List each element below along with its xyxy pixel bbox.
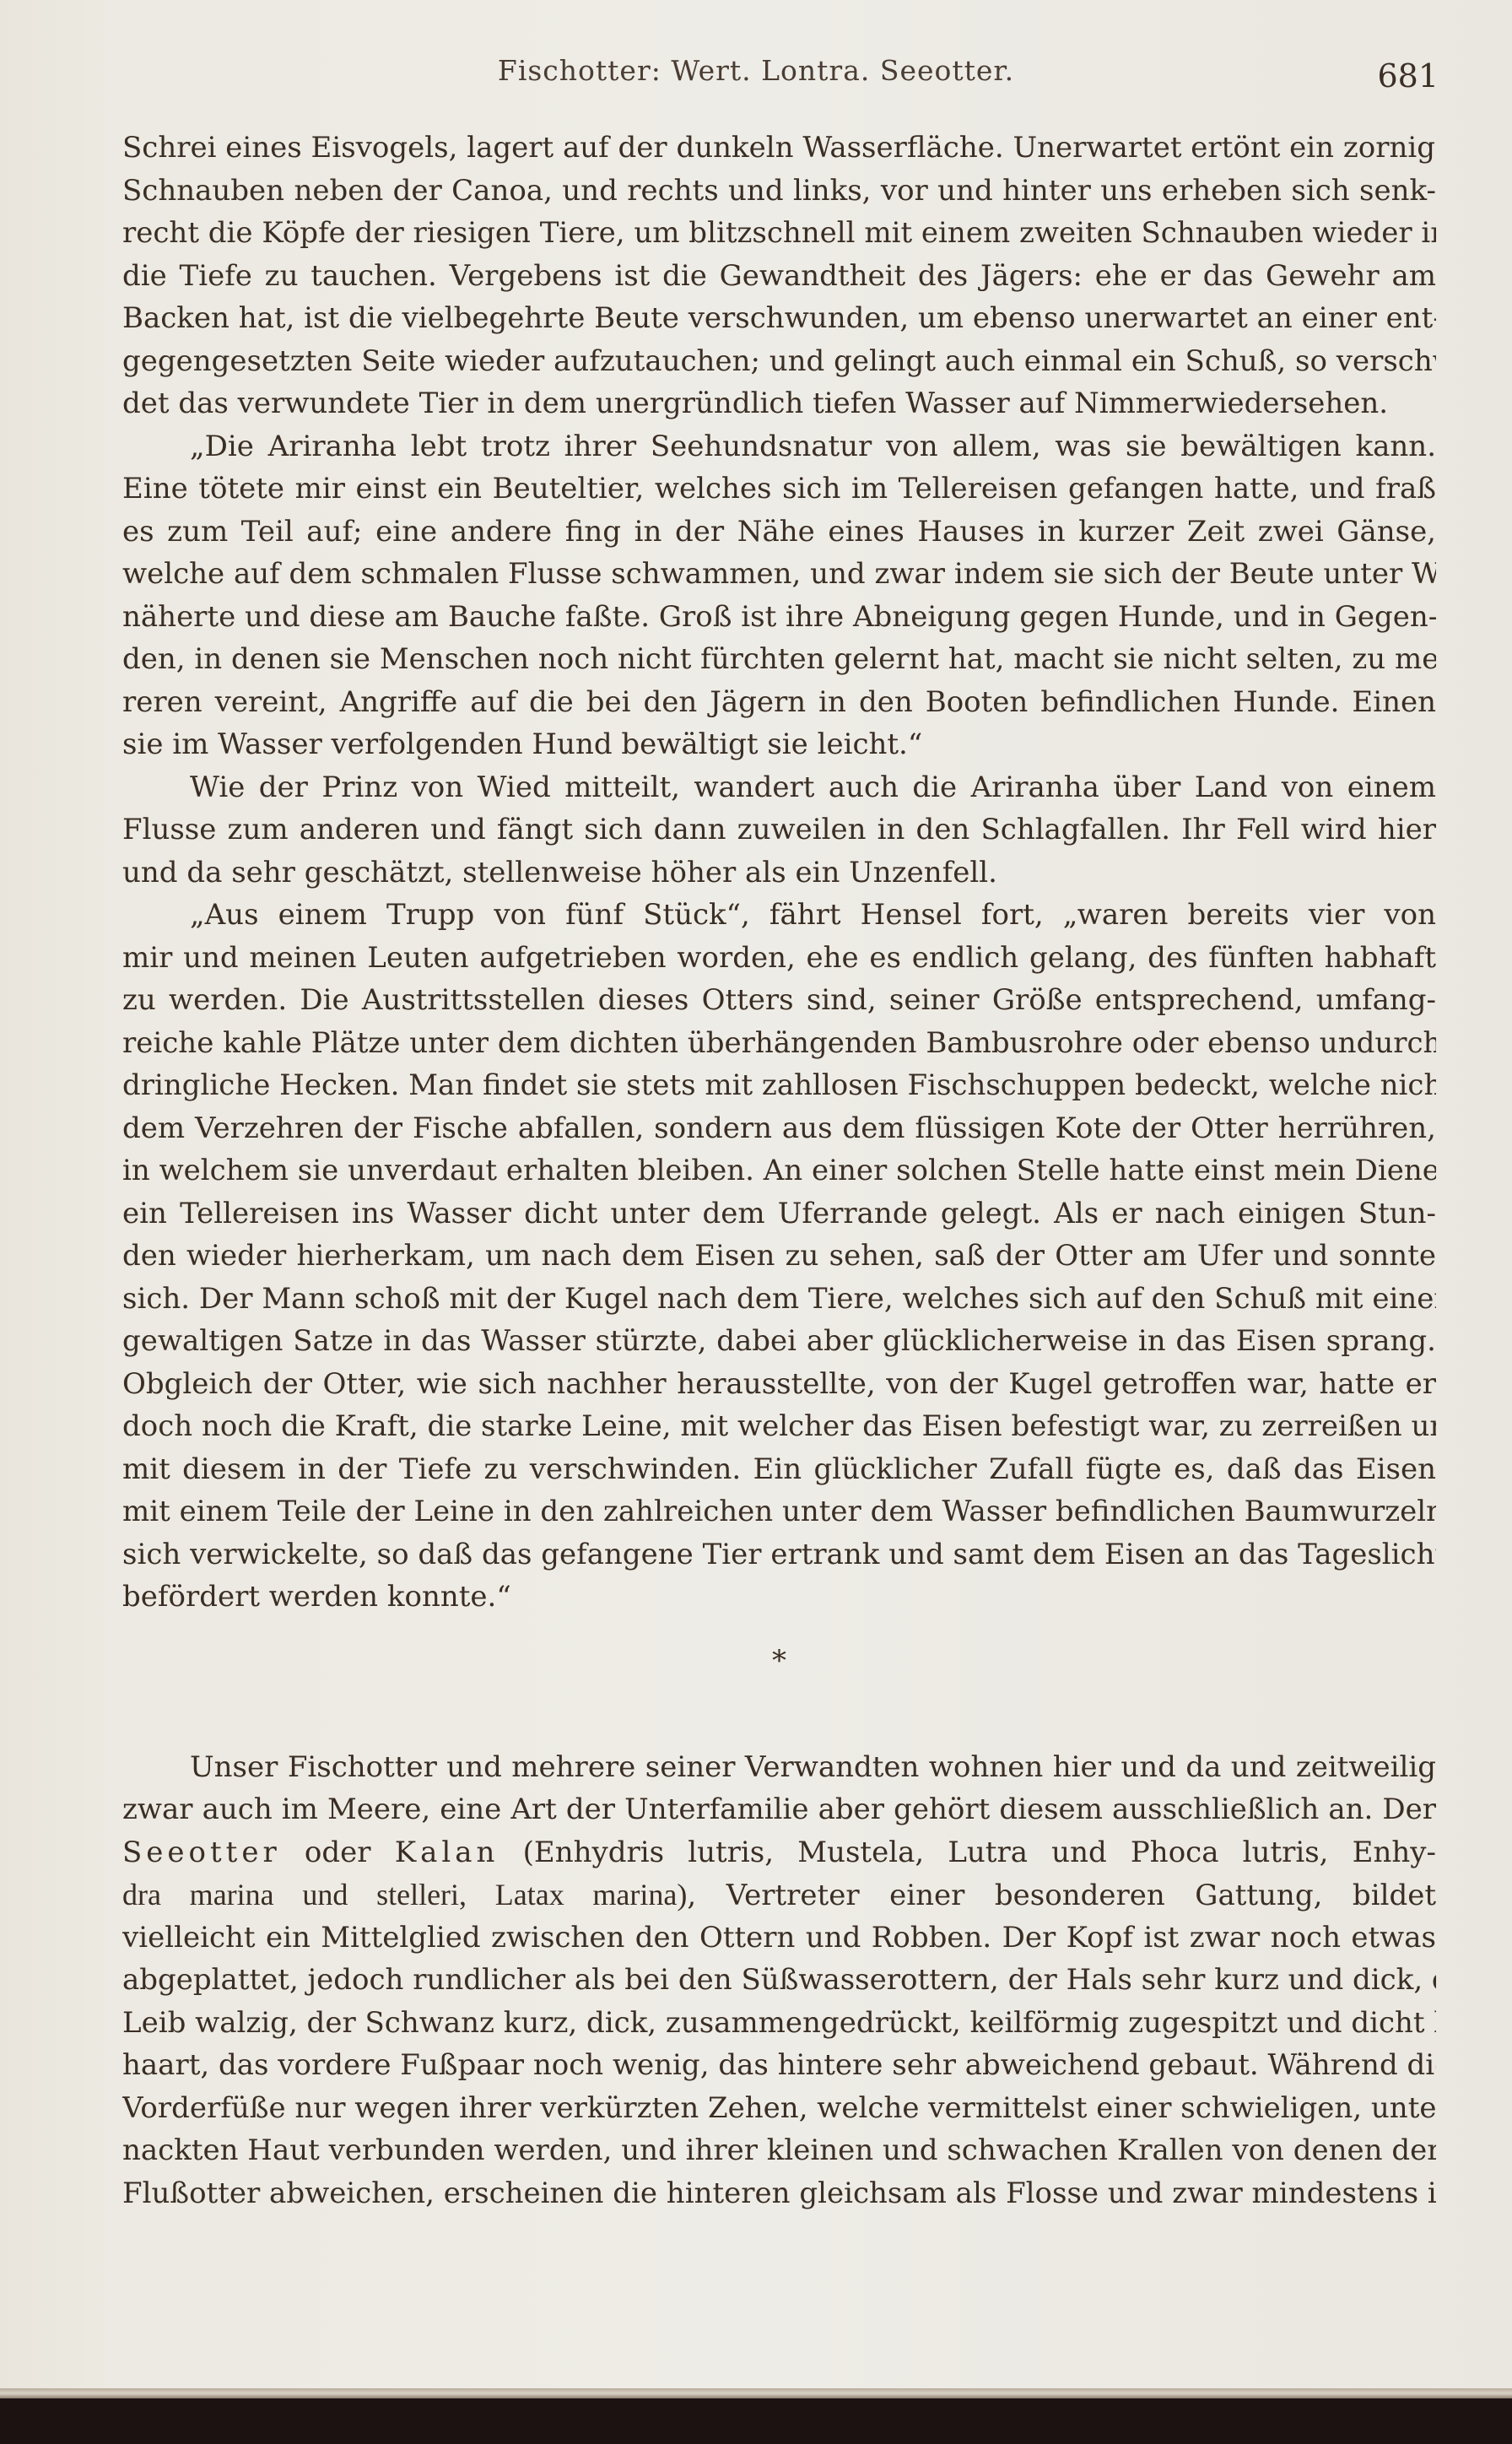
- text-line: welche auf dem schmalen Flusse schwammen…: [122, 553, 1436, 596]
- text-span: , Vertreter einer besonderen Gattung, bi…: [687, 1879, 1436, 1912]
- text-line: mit diesem in der Tiefe zu verschwinden.…: [122, 1448, 1436, 1491]
- spacer: [122, 1704, 1436, 1746]
- paragraph-start: Wie der Prinz von Wied mitteilt, wandert…: [122, 766, 1436, 809]
- page-edge: [0, 2388, 1512, 2398]
- running-header: Fischotter: Wert. Lontra. Seeotter.: [0, 54, 1512, 87]
- latin-names: dra marina und stelleri, Latax marina): [122, 1878, 687, 1911]
- text-line: Flusse zum anderen und fängt sich dann z…: [122, 808, 1436, 852]
- paragraph-start: „Aus einem Trupp von fünf Stück“, fährt …: [122, 894, 1436, 937]
- text-line: sich. Der Mann schoß mit der Kugel nach …: [122, 1278, 1436, 1321]
- species-name-kalan: Kalan: [395, 1836, 499, 1869]
- text-line: Schrei eines Eisvogels, lagert auf der d…: [122, 127, 1436, 170]
- text-line: recht die Köpfe der riesigen Tiere, um b…: [122, 212, 1436, 255]
- text-line: reiche kahle Plätze unter dem dichten üb…: [122, 1022, 1436, 1065]
- text-line: doch noch die Kraft, die starke Leine, m…: [122, 1405, 1436, 1448]
- text-block: Schrei eines Eisvogels, lagert auf der d…: [122, 127, 1436, 2214]
- text-line: in welchem sie unverdaut erhalten bleibe…: [122, 1149, 1436, 1192]
- paragraph-start: „Die Ariranha lebt trotz ihrer Seehundsn…: [122, 425, 1436, 468]
- text-line: reren vereint, Angriffe auf die bei den …: [122, 681, 1436, 724]
- text-line: nackten Haut verbunden werden, und ihrer…: [122, 2129, 1436, 2172]
- text-line: dra marina und stelleri, Latax marina), …: [122, 1874, 1436, 1917]
- text-line: den wieder hierherkam, um nach dem Eisen…: [122, 1235, 1436, 1278]
- background-surface: [0, 2398, 1512, 2444]
- text-line: näherte und diese am Bauche faßte. Groß …: [122, 596, 1436, 639]
- text-line: haart, das vordere Fußpaar noch wenig, d…: [122, 2044, 1436, 2087]
- text-span: oder: [281, 1836, 395, 1869]
- text-line: zu werden. Die Austrittsstellen dieses O…: [122, 979, 1436, 1022]
- latin-names: (Enhydris lutris, Mustela, Lutra und Pho…: [499, 1836, 1436, 1869]
- text-line: Seeotter oder Kalan (Enhydris lutris, Mu…: [122, 1831, 1436, 1874]
- paragraph-start: Unser Fischotter und mehrere seiner Verw…: [122, 1746, 1436, 1789]
- text-line: Flußotter abweichen, erscheinen die hint…: [122, 2172, 1436, 2215]
- text-line: vielleicht ein Mittelglied zwischen den …: [122, 1917, 1436, 1960]
- text-line: den, in denen sie Menschen noch nicht fü…: [122, 638, 1436, 681]
- text-line: dem Verzehren der Fische abfallen, sonde…: [122, 1107, 1436, 1150]
- species-name-seeotter: Seeotter: [122, 1836, 281, 1869]
- text-line: sie im Wasser verfolgenden Hund bewältig…: [122, 723, 1436, 766]
- text-line: dringliche Hecken. Man findet sie stets …: [122, 1064, 1436, 1107]
- page-number: 681: [1371, 57, 1439, 95]
- text-line: und da sehr geschätzt, stellenweise höhe…: [122, 852, 1436, 895]
- text-line: Schnauben neben der Canoa, und rechts un…: [122, 170, 1436, 213]
- text-line: Obgleich der Otter, wie sich nachher her…: [122, 1363, 1436, 1406]
- text-line: gewaltigen Satze in das Wasser stürzte, …: [122, 1320, 1436, 1363]
- text-line: Leib walzig, der Schwanz kurz, dick, zus…: [122, 2002, 1436, 2045]
- text-line: mit einem Teile der Leine in den zahlrei…: [122, 1490, 1436, 1533]
- text-line: es zum Teil auf; eine andere fing in der…: [122, 511, 1436, 554]
- text-line: ein Tellereisen ins Wasser dicht unter d…: [122, 1192, 1436, 1236]
- text-line: sich verwickelte, so daß das gefangene T…: [122, 1533, 1436, 1576]
- text-line: Backen hat, ist die vielbegehrte Beute v…: [122, 297, 1436, 340]
- section-separator-asterisk: *: [122, 1619, 1436, 1704]
- text-line: Vorderfüße nur wegen ihrer verkürzten Ze…: [122, 2087, 1436, 2130]
- text-line: Eine tötete mir einst ein Beuteltier, we…: [122, 468, 1436, 511]
- text-line: mir und meinen Leuten aufgetrieben worde…: [122, 937, 1436, 980]
- text-line: befördert werden konnte.“: [122, 1576, 1436, 1619]
- text-line: abgeplattet, jedoch rundlicher als bei d…: [122, 1959, 1436, 2002]
- text-line: zwar auch im Meere, eine Art der Unterfa…: [122, 1788, 1436, 1831]
- text-line: gegengesetzten Seite wieder aufzutauchen…: [122, 340, 1436, 383]
- text-line: det das verwundete Tier in dem unergründ…: [122, 382, 1436, 425]
- text-line: die Tiefe zu tauchen. Vergebens ist die …: [122, 255, 1436, 298]
